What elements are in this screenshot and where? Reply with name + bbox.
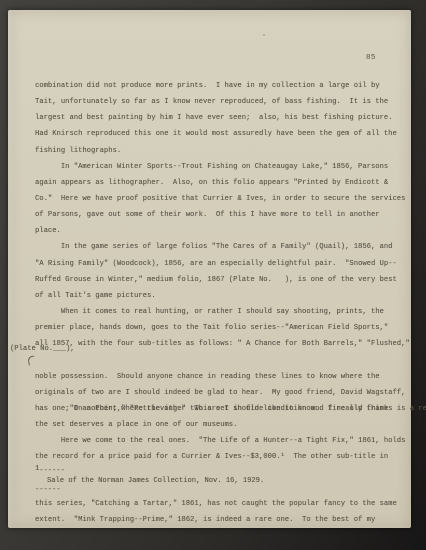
- footnote-dashes: ------: [39, 467, 65, 475]
- text-line: the set deserves a place in one of our m…: [35, 417, 407, 433]
- text-line: largest and best painting by him I have …: [35, 110, 407, 126]
- footnote-rule-top: 1------: [35, 467, 407, 477]
- text-line: In "American Winter Sports--Trout Fishin…: [35, 159, 407, 175]
- insertion-caret-icon: [27, 356, 35, 366]
- text-line: combination did not produce more prints.…: [35, 78, 407, 94]
- paper-speck: [263, 34, 265, 36]
- text-line: premier place, hands down, goes to the T…: [35, 320, 407, 336]
- text-line: again appears as lithographer. Also, on …: [35, 175, 407, 191]
- text-line: place.: [35, 223, 407, 239]
- footnote-text: Sale of the Norman James Collection, Nov…: [35, 477, 407, 487]
- text-line: fishing lithographs.: [35, 143, 407, 159]
- scanned-document-view: 85 combination did not produce more prin…: [0, 0, 426, 550]
- body-text: combination did not produce more prints.…: [35, 78, 407, 528]
- text-line: of all Tait's game pictures.: [35, 288, 407, 304]
- text-line-with-insertion: (Plate No.___), "On a Point," "Retrievin…: [35, 352, 407, 368]
- text-line: originals of two are I should indeed be …: [35, 385, 407, 401]
- typewritten-page: 85 combination did not produce more prin…: [8, 10, 411, 528]
- footnote-marker: 1: [35, 465, 39, 473]
- text-line: this series, "Catching a Tartar," 1861, …: [35, 496, 407, 512]
- text-line: has one; I another; where the other two …: [35, 401, 407, 417]
- text-line: Tait, unfortunately so far as I know nev…: [35, 94, 407, 110]
- page-number: 85: [366, 54, 376, 62]
- text-line: Here we come to the real ones. "The Life…: [35, 433, 407, 449]
- text-line: noble possession. Should anyone chance i…: [35, 369, 407, 385]
- footnote-rule-bottom: ------: [35, 486, 407, 496]
- text-line: all 1857, with the four sub-titles as fo…: [35, 336, 407, 352]
- text-line: Co." Here we have proof positive that Cu…: [35, 191, 407, 207]
- text-line: When it comes to real hunting, or rather…: [35, 304, 407, 320]
- text-line: the record for a price paid for a Currie…: [35, 449, 407, 465]
- text-line: In the game series of large folios "The …: [35, 239, 407, 255]
- text-line: extent. "Mink Trapping--Prime," 1862, is…: [35, 512, 407, 528]
- text-line: Had Knirsch reproduced this one it would…: [35, 126, 407, 142]
- text-line: of Parsons, gave out some of their work.…: [35, 207, 407, 223]
- text-line: "A Rising Family" (Woodcock), 1856, are …: [35, 256, 407, 272]
- footnote: 1------ Sale of the Norman James Collect…: [35, 467, 407, 496]
- margin-note-plate-no: (Plate No.___),: [10, 345, 75, 354]
- text-line: Ruffed Grouse in Winter," medium folio, …: [35, 272, 407, 288]
